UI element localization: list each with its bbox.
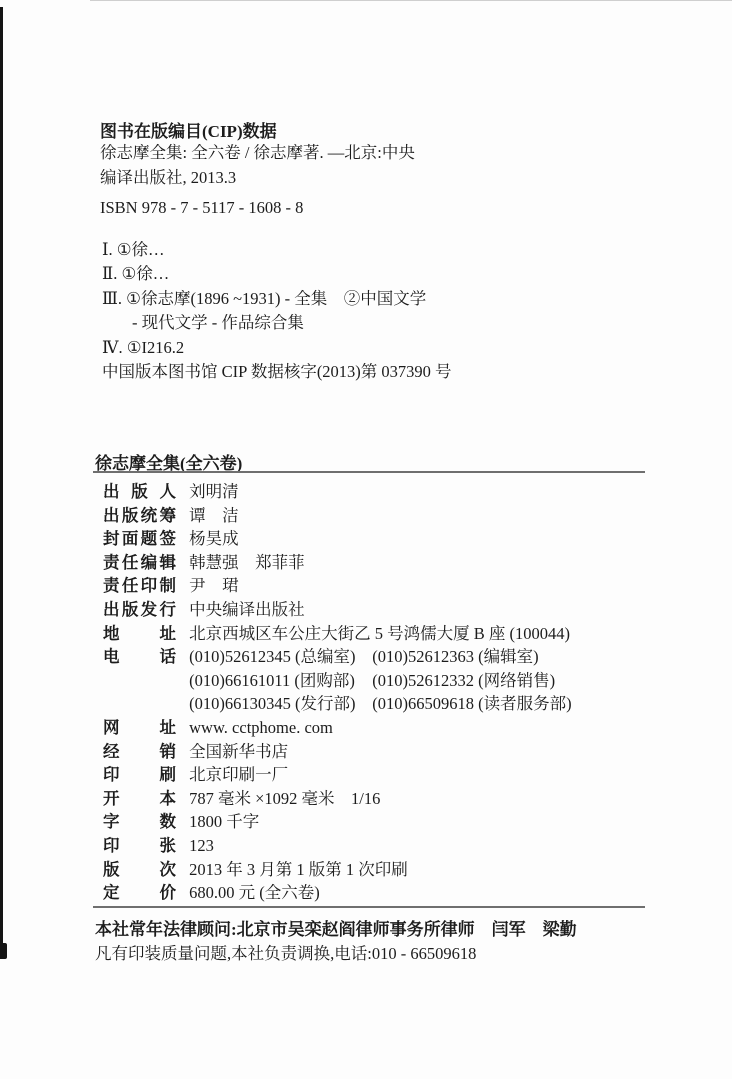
colophon-row: 出版统筹 谭 洁: [103, 504, 572, 528]
book-copyright-page: 图书在版编目(CIP)数据 徐志摩全集: 全六卷 / 徐志摩著. —北京:中央 …: [0, 0, 732, 1079]
row-value-secondary: (010)66509618 (读者服务部): [372, 692, 571, 716]
row-value: 谭 洁: [189, 504, 239, 528]
row-label: 经销: [103, 740, 176, 764]
row-label: 开本: [103, 787, 176, 811]
row-label: 责任编辑: [103, 551, 176, 575]
cip-heading: 图书在版编目(CIP)数据: [100, 117, 277, 142]
classification-line: 中国版本图书馆 CIP 数据核字(2013)第 037390 号: [102, 360, 452, 384]
colophon: 出版人 刘明清 出版统筹 谭 洁 封面题签 杨昊成 责任编辑 韩慧强 郑菲菲 责…: [103, 480, 572, 905]
quality-notice-line: 凡有印装质量问题,本社负责调换,电话:010 - 66509618: [95, 940, 476, 964]
cip-classification: Ⅰ. ①徐…Ⅱ. ①徐…Ⅲ. ①徐志摩(1896 ~1931) - 全集 ②中国…: [102, 238, 452, 384]
row-value: 123: [189, 834, 214, 858]
classification-line: Ⅱ. ①徐…: [102, 262, 452, 286]
row-value: 中央编译出版社: [189, 598, 305, 622]
row-value: 刘明清: [189, 480, 239, 504]
colophon-row: 责任编辑 韩慧强 郑菲菲: [103, 551, 572, 575]
row-value: 北京印刷一厂: [189, 763, 288, 787]
colophon-row: 责任印制 尹 珺: [103, 574, 572, 598]
colophon-row: 地址 北京西城区车公庄大街乙 5 号鸿儒大厦 B 座 (100044): [103, 622, 572, 646]
row-value: 韩慧强 郑菲菲: [189, 551, 305, 575]
colophon-row: 经销 全国新华书店: [103, 740, 572, 764]
colophon-row: 定价 680.00 元 (全六卷): [103, 881, 572, 905]
row-label: 印张: [103, 834, 176, 858]
row-value: (010)52612345 (总编室): [189, 645, 368, 669]
scan-edge-top: [90, 0, 732, 1]
colophon-row: 版次 2013 年 3 月第 1 版第 1 次印刷: [103, 858, 572, 882]
colophon-row: 字数 1800 千字: [103, 810, 572, 834]
cip-description-line2: 编译出版社, 2013.3: [100, 165, 415, 190]
isbn-line: ISBN 978 - 7 - 5117 - 1608 - 8: [100, 198, 303, 218]
row-label: 出版人: [103, 480, 176, 504]
row-label: 定价: [103, 881, 176, 905]
colophon-row: 出版人 刘明清: [103, 480, 572, 504]
row-value: 杨昊成: [189, 527, 239, 551]
title-rule: [93, 471, 645, 473]
footer-rule: [93, 906, 645, 908]
row-label: 印刷: [103, 763, 176, 787]
classification-line: Ⅲ. ①徐志摩(1896 ~1931) - 全集 ②中国文学: [102, 287, 452, 311]
row-value: 787 毫米 ×1092 毫米 1/16: [189, 787, 380, 811]
row-label: 封面题签: [103, 527, 176, 551]
classification-line: Ⅳ. ①I216.2: [102, 336, 452, 360]
colophon-row: 印张 123: [103, 834, 572, 858]
row-label: 地址: [103, 622, 176, 646]
row-value: 全国新华书店: [189, 740, 288, 764]
classification-line: - 现代文学 - 作品综合集: [102, 311, 452, 335]
row-value: 1800 千字: [189, 810, 259, 834]
row-value: www. cctphome. com: [189, 716, 333, 740]
legal-advisor-line: 本社常年法律顾问:北京市吴栾赵阎律师事务所律师 闫军 梁勤: [95, 915, 577, 940]
scan-edge-blob: [0, 943, 7, 959]
row-value: 2013 年 3 月第 1 版第 1 次印刷: [189, 858, 408, 882]
colophon-row: 电话 (010)52612345 (总编室) (010)52612363 (编辑…: [103, 645, 572, 669]
row-value: 680.00 元 (全六卷): [189, 881, 320, 905]
row-label: 网址: [103, 716, 176, 740]
colophon-row: 印刷 北京印刷一厂: [103, 763, 572, 787]
colophon-row: 开本 787 毫米 ×1092 毫米 1/16: [103, 787, 572, 811]
colophon-row: (010)66130345 (发行部) (010)66509618 (读者服务部…: [103, 692, 572, 716]
row-value-secondary: (010)52612332 (网络销售): [372, 669, 555, 693]
scan-edge-left: [0, 7, 3, 957]
row-label: 版次: [103, 858, 176, 882]
row-value: 北京西城区车公庄大街乙 5 号鸿儒大厦 B 座 (100044): [189, 622, 570, 646]
cip-description: 徐志摩全集: 全六卷 / 徐志摩著. —北京:中央 编译出版社, 2013.3: [100, 140, 415, 190]
colophon-row: 封面题签 杨昊成: [103, 527, 572, 551]
row-value-secondary: (010)52612363 (编辑室): [372, 645, 538, 669]
row-label: 出版统筹: [103, 504, 176, 528]
colophon-row: 网址 www. cctphome. com: [103, 716, 572, 740]
row-value: (010)66161011 (团购部): [189, 669, 368, 693]
row-label: 字数: [103, 810, 176, 834]
row-label: 责任印制: [103, 574, 176, 598]
colophon-row: (010)66161011 (团购部) (010)52612332 (网络销售): [103, 669, 572, 693]
colophon-row: 出版发行 中央编译出版社: [103, 598, 572, 622]
row-value: (010)66130345 (发行部): [189, 692, 368, 716]
row-label: 出版发行: [103, 598, 176, 622]
classification-line: Ⅰ. ①徐…: [102, 238, 452, 262]
row-label: 电话: [103, 645, 176, 669]
row-value: 尹 珺: [189, 574, 239, 598]
cip-description-line1: 徐志摩全集: 全六卷 / 徐志摩著. —北京:中央: [100, 140, 415, 165]
